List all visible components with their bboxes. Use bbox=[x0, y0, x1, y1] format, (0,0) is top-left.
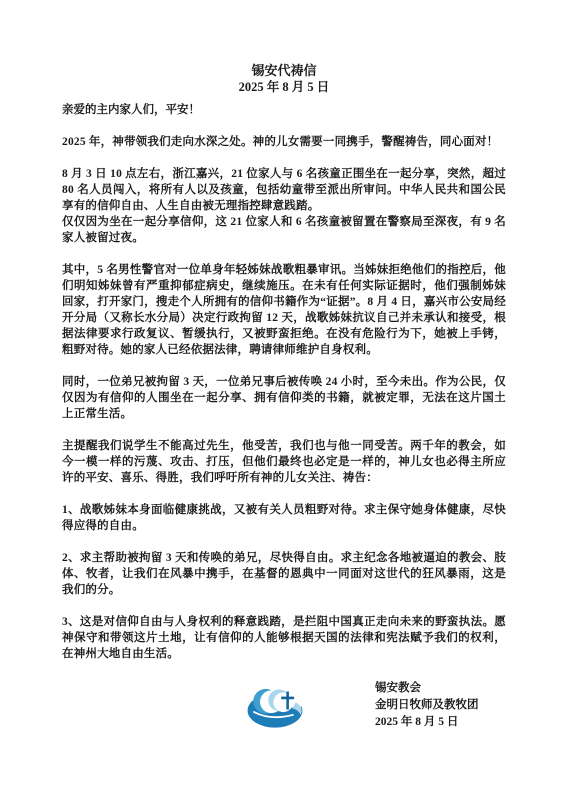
paragraph-intro: 2025 年，神带领我们走向水深之处。神的儿女需要一同携手，警醒祷告，同心面对！ bbox=[62, 134, 506, 150]
letter-body: 锡安代祷信 2025 年 8 月 5 日 亲爱的主内家人们，平安！ 2025 年… bbox=[62, 62, 506, 748]
church-logo-icon bbox=[245, 682, 307, 734]
petition-item-3: 3、这是对信仰自由与人身权利的释意践踏，是拦阻中国真正走向未来的野蛮执法。愿神保… bbox=[62, 614, 506, 662]
signature-date: 2025 年 8 月 5 日 bbox=[375, 714, 479, 731]
signature-block: 锡安教会 金明日牧师及教牧团 2025 年 8 月 5 日 bbox=[375, 680, 479, 731]
document-page: { "letter": { "title": "锡安代祷信", "date_li… bbox=[0, 0, 565, 800]
paragraph-incident: 8 月 3 日 10 点左右，浙江嘉兴，21 位家人与 6 名孩童正围坐在一起分… bbox=[62, 166, 506, 214]
letter-date: 2025 年 8 月 5 日 bbox=[62, 79, 506, 96]
greeting: 亲爱的主内家人们，平安！ bbox=[62, 102, 506, 118]
page-title: 锡安代祷信 bbox=[62, 62, 506, 79]
paragraph-brothers: 同时，一位弟兄被拘留 3 天，一位弟兄事后被传唤 24 小时，至今未出。作为公民… bbox=[62, 374, 506, 422]
petition-item-1: 1、战歌姊妹本身面临健康挑战，又被有关人员粗野对待。求主保守她身体健康，尽快得应… bbox=[62, 502, 506, 534]
signature-church-name: 锡安教会 bbox=[375, 680, 479, 697]
paragraph-interrogation: 其中，5 名男性警官对一位单身年轻姊妹战歌粗暴审讯。当姊妹拒绝他们的指控后，他们… bbox=[62, 262, 506, 358]
signature-section: 锡安教会 金明日牧师及教牧团 2025 年 8 月 5 日 bbox=[62, 678, 506, 748]
petition-item-2: 2、求主帮助被拘留 3 天和传唤的弟兄，尽快得自由。求主纪念各地被逼迫的教会、肢… bbox=[62, 550, 506, 598]
signature-signatory: 金明日牧师及教牧团 bbox=[375, 697, 479, 714]
paragraph-exhortation: 主提醒我们说学生不能高过先生，他受苦，我们也与他一同受苦。两千年的教会，如今一模… bbox=[62, 438, 506, 486]
paragraph-detained: 仅仅因为坐在一起分享信仰，这 21 位家人和 6 名孩童被留置在警察局至深夜，有… bbox=[62, 214, 506, 246]
